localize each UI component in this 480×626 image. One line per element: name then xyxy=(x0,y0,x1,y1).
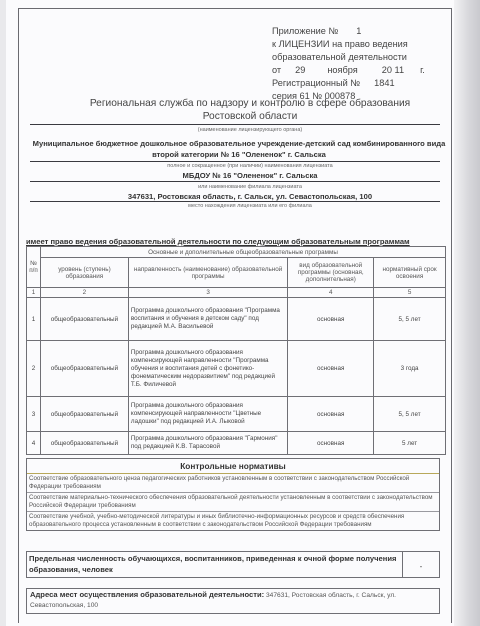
scan-edge-shadow xyxy=(454,0,480,626)
group-header: Основные и дополнительные общеобразовате… xyxy=(40,247,445,258)
col-header-number: № п/п xyxy=(27,247,41,288)
row-level: общеобразовательный xyxy=(40,341,128,397)
control-norms: Контрольные нормативы Соответствие образ… xyxy=(26,458,440,531)
licensee-name-line1: Муниципальное бюджетное дошкольное образ… xyxy=(24,138,454,149)
student-limit-label: Предельная численность обучающихся, восп… xyxy=(27,552,403,577)
row-number: 1 xyxy=(27,298,41,341)
table-row: 1 общеобразовательный Программа дошкольн… xyxy=(27,298,446,341)
table-row: 4 общеобразовательный Программа дошкольн… xyxy=(27,432,446,455)
date-suffix: г. xyxy=(420,65,425,75)
row-term: 5, 5 лет xyxy=(374,298,446,341)
control-norms-title: Контрольные нормативы xyxy=(27,459,439,474)
row-term: 5 лет xyxy=(374,432,446,455)
row-number: 4 xyxy=(27,432,41,455)
col-header-term: нормативный срок освоения xyxy=(374,258,446,288)
row-level: общеобразовательный xyxy=(40,397,128,432)
col-header-program: направленность (наименование) образовате… xyxy=(128,258,287,288)
authority-line1: Региональная служба по надзору и контрол… xyxy=(40,97,460,110)
appendix-date: от29ноября20 11г. xyxy=(272,64,425,77)
col-number: 1 xyxy=(27,288,41,298)
table-row: 3 общеобразовательный Программа дошкольн… xyxy=(27,397,446,432)
student-limit-value: - xyxy=(403,552,439,577)
row-level: общеобразовательный xyxy=(40,432,128,455)
authority-name: Региональная служба по надзору и контрол… xyxy=(40,97,460,123)
licensee-caption: полное и сокращенное (при наличии) наиме… xyxy=(40,163,460,169)
date-day: 29 xyxy=(295,65,305,75)
appendix-label: Приложение № xyxy=(272,26,338,36)
table-row: 2 общеобразовательный Программа дошкольн… xyxy=(27,341,446,397)
licensee-full-name: Муниципальное бюджетное дошкольное образ… xyxy=(24,138,454,160)
col-number: 4 xyxy=(288,288,374,298)
licensee-underline xyxy=(30,161,440,162)
address-label: Адреса мест осуществления образовательно… xyxy=(30,590,264,599)
authority-caption: (наименование лицензирующего органа) xyxy=(40,127,460,133)
row-kind: основная xyxy=(288,341,374,397)
activity-address: Адреса мест осуществления образовательно… xyxy=(26,588,440,614)
row-level: общеобразовательный xyxy=(40,298,128,341)
row-term: 3 года xyxy=(374,341,446,397)
appendix-block: Приложение №1 к ЛИЦЕНЗИИ на право ведени… xyxy=(272,25,425,103)
date-month: ноября xyxy=(327,65,357,75)
norm-item: Соответствие учебной, учебно-методическо… xyxy=(27,512,439,530)
licensee-short-name: МБДОУ № 16 "Олененок" г. Сальска xyxy=(40,170,460,181)
appendix-number: 1 xyxy=(356,26,361,36)
date-year: 20 11 xyxy=(382,65,404,75)
row-number: 2 xyxy=(27,341,41,397)
programs-heading: имеет право ведения образовательной деят… xyxy=(26,237,410,246)
reg-label: Регистрационный № xyxy=(272,78,360,88)
col-header-kind: вид образовательной программы (основная,… xyxy=(288,258,374,288)
col-header-level: уровень (ступень) образования xyxy=(40,258,128,288)
col-number: 2 xyxy=(40,288,128,298)
licensee-name-line2: второй категории № 16 "Олененок" г. Саль… xyxy=(24,149,454,160)
row-program: Программа дошкольного образования компен… xyxy=(128,397,287,432)
row-program: Программа дошкольного образования "Прогр… xyxy=(128,298,287,341)
programs-table: № п/п Основные и дополнительные общеобра… xyxy=(26,246,446,455)
col-number: 3 xyxy=(128,288,287,298)
date-prefix: от xyxy=(272,65,281,75)
norm-item: Соответствие образовательного ценза педа… xyxy=(27,474,439,493)
location-caption: место нахождения лицензиата или его фили… xyxy=(40,203,460,209)
short-name-caption: или наименование филиала лицензиата xyxy=(40,184,460,190)
row-kind: основная xyxy=(288,397,374,432)
reg-number: 1841 xyxy=(374,78,394,88)
authority-underline xyxy=(30,124,440,125)
row-number: 3 xyxy=(27,397,41,432)
student-limit: Предельная численность обучающихся, восп… xyxy=(26,551,440,578)
row-kind: основная xyxy=(288,298,374,341)
row-term: 5, 5 лет xyxy=(374,397,446,432)
appendix-activity-line: образовательной деятельности xyxy=(272,51,425,64)
norm-item: Соответствие материально-технического об… xyxy=(27,493,439,512)
row-program: Программа дошкольного образования "Гармо… xyxy=(128,432,287,455)
appendix-license-line: к ЛИЦЕНЗИИ на право ведения xyxy=(272,38,425,51)
short-name-underline xyxy=(30,181,440,182)
row-kind: основная xyxy=(288,432,374,455)
location-underline xyxy=(30,201,440,202)
authority-line2: Ростовской области xyxy=(40,110,460,123)
col-number: 5 xyxy=(374,288,446,298)
row-program: Программа дошкольного образования компен… xyxy=(128,341,287,397)
